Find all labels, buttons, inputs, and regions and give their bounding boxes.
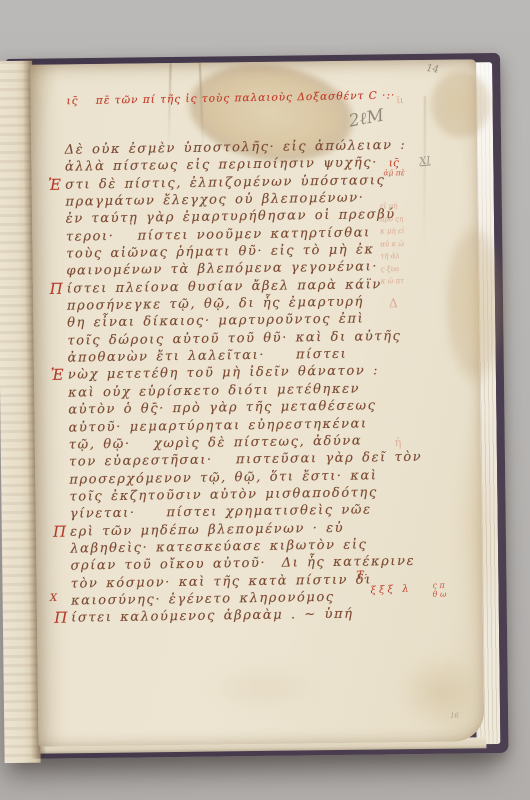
red-initial-letter: Ἐ xyxy=(48,176,63,194)
water-stain-corner xyxy=(389,645,490,738)
chapter-rubric: ις̄ πε̄ τῶν πί τῆς ἰς τοὺς παλαιοὺς Δοξα… xyxy=(66,89,426,107)
red-initial-letter: Π xyxy=(50,280,65,298)
parchment-page: ις̄ πε̄ τῶν πί τῆς ἰς τοὺς παλαιοὺς Δοξα… xyxy=(30,59,484,746)
faint-red-numerals: ϊι xyxy=(397,96,404,106)
red-initial-letter: Π xyxy=(53,523,68,541)
manuscript-line: Πίστει καλούμενος ἀβραὰμ . ~ ὑπή xyxy=(71,605,415,627)
fold-crease xyxy=(168,63,172,149)
red-margin-chi-mark: Χ xyxy=(50,590,59,607)
text-block: Δὲ οὐκ ἐσμὲν ὑποστολῆς· εἰς ἀπώλειαν :ἀλ… xyxy=(65,137,416,627)
pencil-corner-number: 16 xyxy=(450,712,459,720)
pencil-folio-number: 14 xyxy=(425,63,439,76)
water-stain-bottom xyxy=(187,657,338,719)
red-initial-letter: Ἐ xyxy=(51,367,66,385)
line-text: ίστει καλούμενος ἀβραὰμ . ~ ὑπή xyxy=(71,607,354,626)
manuscript-book: ις̄ πε̄ τῶν πί τῆς ἰς τοὺς παλαιοὺς Δοξα… xyxy=(6,53,509,759)
line-text: καιοσύνης· ἐγένετο κληρονόμος xyxy=(71,590,335,609)
red-margin-cluster-right: ς π θ ω xyxy=(432,581,446,599)
photo-stage: ις̄ πε̄ τῶν πί τῆς ἰς τοὺς παλαιοὺς Δοξα… xyxy=(0,0,530,800)
red-initial-letter: Π xyxy=(54,610,69,628)
pencil-shelfmark: 2ℓΜ xyxy=(347,106,385,132)
pencil-chapter-numeral: XI xyxy=(419,155,431,167)
